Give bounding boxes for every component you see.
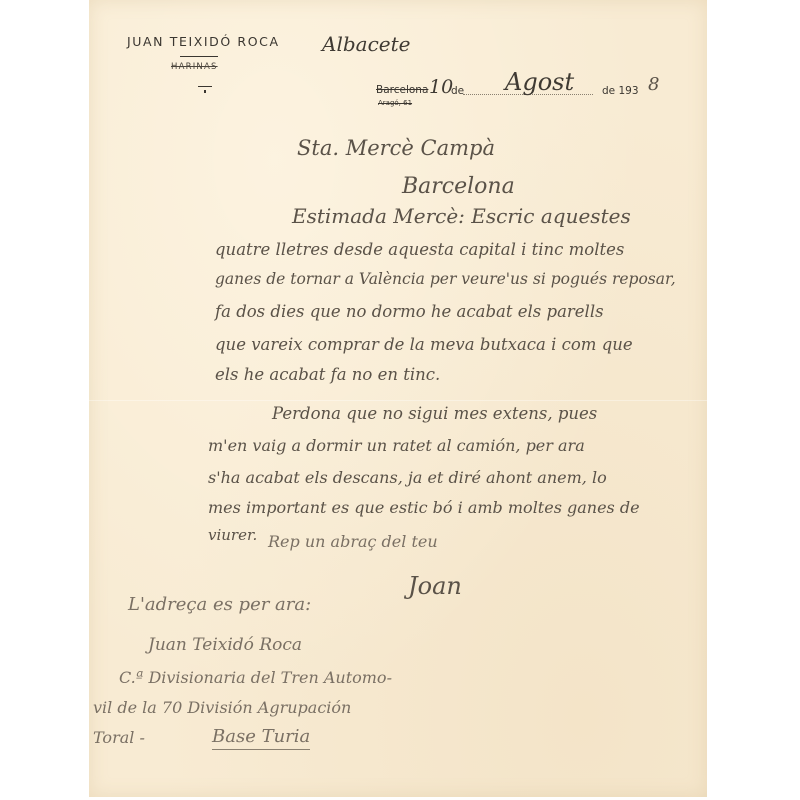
printed-de: de: [451, 85, 464, 97]
printed-address: Aragó, 61: [378, 99, 412, 107]
letterhead-rule: [180, 56, 218, 57]
address-line: vil de la 70 División Agrupación: [93, 698, 351, 717]
body-line: quatre lletres desde aquesta capital i t…: [215, 240, 624, 259]
salutation-line: Estimada Mercè: Escric aquestes: [292, 204, 631, 228]
paper-fold: [89, 400, 707, 401]
printed-city: Barcelona: [376, 84, 428, 96]
body-line: s'ha acabat els descans, ja et diré ahon…: [208, 468, 607, 487]
body-line: fa dos dies que no dormo he acabat els p…: [215, 302, 604, 321]
printed-year-prefix: de 193: [602, 85, 639, 97]
recipient-city: Barcelona: [402, 174, 515, 199]
address-line-base: Base Turia: [212, 726, 310, 750]
date-month: Agost: [505, 68, 574, 96]
address-line: C.ª Divisionaria del Tren Automo-: [119, 668, 392, 687]
body-line: mes important es que estic bó i amb molt…: [208, 498, 640, 517]
letterhead-dot: [204, 90, 206, 93]
letterhead-name: JUAN TEIXIDÓ ROCA: [127, 34, 280, 49]
address-line: Toral -: [93, 728, 145, 747]
closing: Rep un abraç del teu: [268, 532, 438, 551]
date-day: 10: [429, 76, 453, 98]
body-line: m'en vaig a dormir un ratet al camión, p…: [208, 436, 585, 455]
recipient-name: Sta. Mercè Campà: [297, 136, 495, 160]
body-line: que vareix comprar de la meva butxaca i …: [215, 335, 633, 354]
letterhead-mark: [198, 86, 212, 87]
address-intro: L'adreça es per ara:: [128, 594, 311, 615]
letterhead-subtitle: HARINAS: [171, 62, 218, 72]
date-year-suffix: 8: [648, 74, 659, 95]
address-line: Juan Teixidó Roca: [148, 635, 302, 655]
body-line: els he acabat fa no en tinc.: [215, 365, 440, 384]
body-line: ganes de tornar a València per veure'us …: [215, 270, 676, 288]
body-line: Perdona que no sigui mes extens, pues: [272, 404, 597, 423]
signature: Joan: [408, 572, 462, 600]
handwritten-city: Albacete: [322, 32, 410, 56]
body-line: viurer.: [208, 526, 257, 544]
